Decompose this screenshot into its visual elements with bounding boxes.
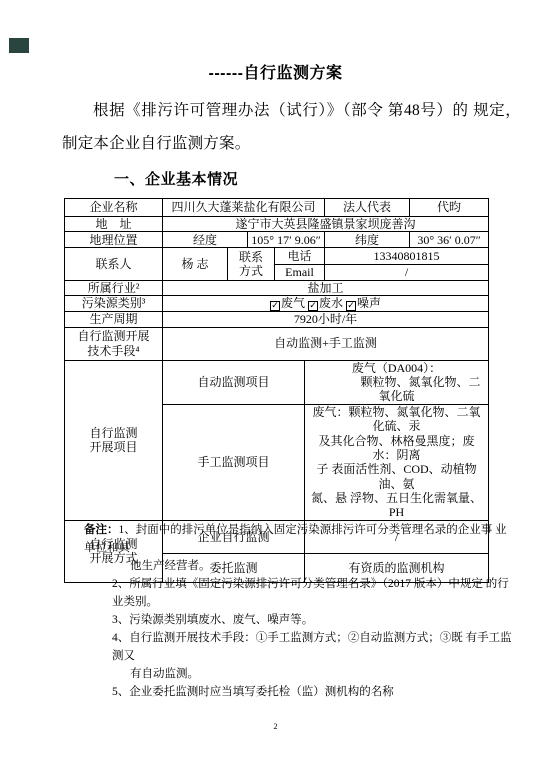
section-heading: 一、企业基本情况: [114, 168, 238, 189]
company-name-value: 四川久大蓬莱盐化有限公司: [163, 199, 325, 217]
email-value: /: [325, 265, 489, 280]
tech-method-label: 自行监测开展 技术手段⁴: [65, 327, 163, 360]
contact-label: 联系人: [65, 248, 163, 280]
note-line: 4、自行监测开展技术手段：①手工监测方式；②自动监测方式；③既 有手工监测又: [112, 629, 514, 665]
pollution-source-label: 污染源类别³: [65, 296, 163, 312]
phone-label: 电话: [275, 248, 325, 265]
email-label: Email: [275, 265, 325, 280]
checkbox-group-waste-water: ✓废水: [305, 296, 343, 310]
checkbox-checked-icon: ✓: [346, 301, 356, 311]
note-line: 有自动监测。: [130, 665, 514, 683]
industry-value: 盐加工: [163, 280, 489, 295]
page-number: 2: [0, 722, 551, 731]
note-line: 他生产经营者。: [130, 557, 514, 575]
contact-method-label: 联系 方式: [228, 248, 275, 280]
checkbox-group-noise: ✓噪声: [343, 296, 381, 310]
note-line: 2、所属行业填《固定污染源排污许可分类管理名录》（2017 版本）中规定 的行业…: [112, 575, 514, 611]
geo-label: 地理位置: [65, 232, 163, 248]
checkbox-label: 废水: [319, 296, 343, 310]
note-text: 1、封面中的排污单位是指纳入固定污染源排污许可分类管理名录的企业事 业单位和其: [84, 524, 507, 554]
checkbox-group-waste-gas: ✓废气: [270, 296, 305, 310]
longitude-value: 105° 17′ 9.06″: [248, 232, 325, 248]
table-row: 企业名称 四川久大蓬莱盐化有限公司 法人代表 代昀: [65, 199, 489, 217]
company-name-label: 企业名称: [65, 199, 163, 217]
note-line: 3、污染源类别填废水、废气、噪声等。: [112, 611, 514, 629]
longitude-label: 经度: [163, 232, 248, 248]
monitor-items-label: 自行监测 开展项目: [65, 360, 163, 520]
document-page: ------自行监测方案 根据《排污许可管理办法（试行）》（部令 第48号）的 …: [0, 0, 551, 777]
legal-rep-label: 法人代表: [325, 199, 410, 217]
tech-method-value: 自动监测+手工监测: [163, 327, 489, 360]
document-title: ------自行监测方案: [0, 60, 551, 83]
table-row: 自行监测开展 技术手段⁴ 自动监测+手工监测: [65, 327, 489, 360]
table-row: 生产周期 7920小时/年: [65, 312, 489, 327]
note-line: 备注：1、封面中的排污单位是指纳入固定污染源排污许可分类管理名录的企业事 业单位…: [84, 521, 514, 557]
checkbox-checked-icon: ✓: [308, 301, 318, 311]
table-row: 地 址 遂宁市大英县隆盛镇景家坝庞善沟: [65, 217, 489, 232]
production-cycle-value: 7920小时/年: [163, 312, 489, 327]
intro-paragraph: 根据《排污许可管理办法（试行）》（部令 第48号）的 规定，制定本企业自行监测方…: [62, 94, 521, 160]
manual-item-label: 手工监测项目: [163, 404, 305, 520]
scan-corner-mark: [9, 38, 29, 53]
table-row: 自行监测 开展项目 自动监测项目 废气（DA004）： 颗粒物、氮氧化物、二氧化…: [65, 360, 489, 404]
address-label: 地 址: [65, 217, 163, 232]
pollution-source-checkboxes: ✓废气✓废水✓噪声: [163, 296, 489, 312]
table-row: 地理位置 经度 105° 17′ 9.06″ 纬度 30° 36′ 0.07″: [65, 232, 489, 248]
table-row: 所属行业² 盐加工: [65, 280, 489, 295]
checkbox-label: 废气: [281, 296, 305, 310]
table-row: 污染源类别³ ✓废气✓废水✓噪声: [65, 296, 489, 312]
checkbox-label: 噪声: [357, 296, 381, 310]
table-row: 联系人 杨 志 联系 方式 电话 13340801815: [65, 248, 489, 265]
auto-item-label: 自动监测项目: [163, 360, 305, 404]
notes-block: 备注：1、封面中的排污单位是指纳入固定污染源排污许可分类管理名录的企业事 业单位…: [84, 521, 514, 701]
industry-label: 所属行业²: [65, 280, 163, 295]
phone-value: 13340801815: [325, 248, 489, 265]
notes-label: 备注：: [84, 524, 119, 536]
auto-item-value: 废气（DA004）： 颗粒物、氮氧化物、二氧化硫: [305, 360, 489, 404]
production-cycle-label: 生产周期: [65, 312, 163, 327]
checkbox-checked-icon: ✓: [270, 301, 280, 311]
manual-item-value: 废气：颗粒物、氮氧化物、二氧化硫、汞 及其化合物、林格曼黑度；废水：阴离 子 表…: [305, 404, 489, 520]
latitude-label: 纬度: [325, 232, 410, 248]
latitude-value: 30° 36′ 0.07″: [410, 232, 489, 248]
contact-name-value: 杨 志: [163, 248, 228, 280]
note-line: 5、企业委托监测时应当填写委托检（监）测机构的名称: [112, 683, 514, 701]
address-value: 遂宁市大英县隆盛镇景家坝庞善沟: [163, 217, 489, 232]
legal-rep-value: 代昀: [410, 199, 489, 217]
